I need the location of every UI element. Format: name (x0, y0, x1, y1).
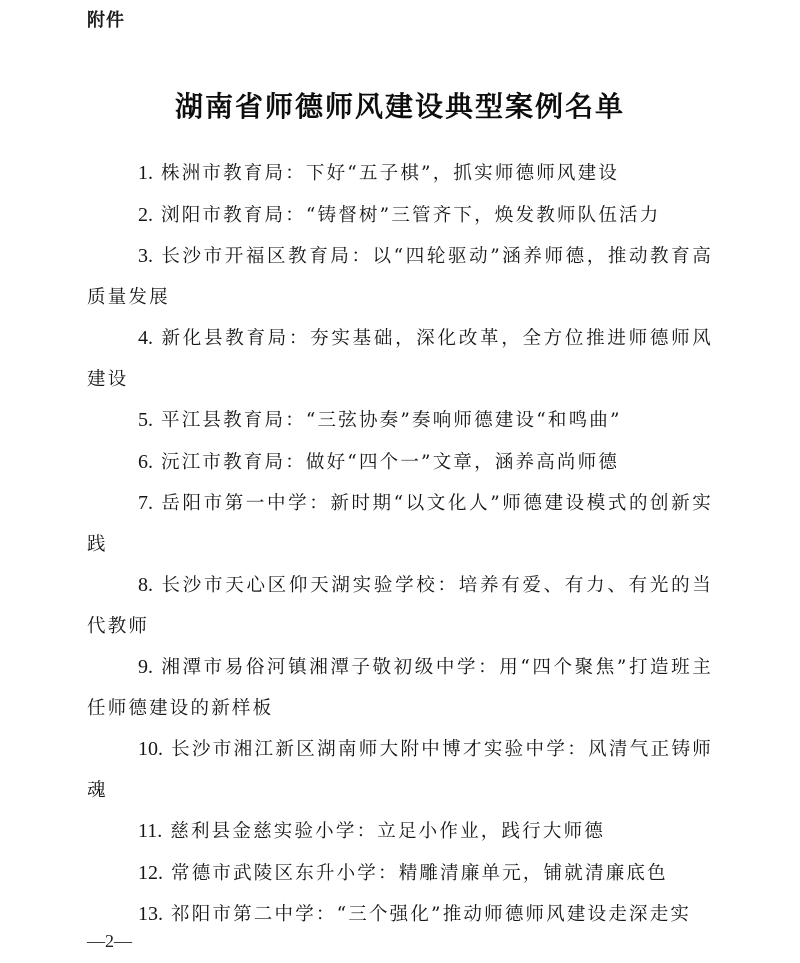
case-text: 新化县教育局：夯实基础，深化改革，全方位推进师德师风建设 (87, 328, 713, 390)
case-text: 沅江市教育局：做好“四个一”文章，涵养高尚师德 (161, 452, 619, 473)
case-text: 长沙市天心区仰天湖实验学校：培养有爱、有力、有光的当代教师 (87, 575, 713, 637)
case-text: 平江县教育局：“三弦协奏”奏响师德建设“和鸣曲” (161, 410, 622, 431)
case-item-4: 4.新化县教育局：夯实基础，深化改革，全方位推进师德师风建设 (87, 318, 713, 400)
case-number: 2. (138, 204, 153, 226)
case-text: 慈利县金慈实验小学：立足小作业，践行大师德 (170, 821, 605, 842)
case-item-8: 8.长沙市天心区仰天湖实验学校：培养有爱、有力、有光的当代教师 (87, 565, 713, 647)
case-text: 浏阳市教育局：“铸督树”三管齐下，焕发教师队伍活力 (161, 205, 660, 226)
case-number: 3. (138, 245, 153, 267)
case-number: 6. (138, 451, 153, 473)
case-number: 11. (138, 820, 162, 842)
case-item-7: 7.岳阳市第一中学：新时期“以文化人”师德建设模式的创新实践 (87, 483, 713, 565)
case-item-12: 12.常德市武陵区东升小学：精雕清廉单元，铺就清廉底色 (87, 853, 713, 895)
case-number: 4. (138, 327, 153, 349)
case-text: 祁阳市第二中学：“三个强化”推动师德师风建设走深走实 (171, 904, 691, 925)
page-number: —2— (87, 931, 132, 952)
case-text: 长沙市开福区教育局：以“四轮驱动”涵养师德，推动教育高质量发展 (87, 246, 713, 308)
case-item-1: 1.株洲市教育局：下好“五子棋”，抓实师德师风建设 (87, 153, 713, 195)
case-text: 岳阳市第一中学：新时期“以文化人”师德建设模式的创新实践 (87, 493, 713, 555)
case-item-6: 6.沅江市教育局：做好“四个一”文章，涵养高尚师德 (87, 442, 713, 484)
page-title: 湖南省师德师风建设典型案例名单 (0, 85, 800, 125)
case-number: 13. (138, 903, 163, 925)
attachment-label: 附件 (87, 6, 125, 32)
case-item-5: 5.平江县教育局：“三弦协奏”奏响师德建设“和鸣曲” (87, 400, 713, 442)
case-item-3: 3.长沙市开福区教育局：以“四轮驱动”涵养师德，推动教育高质量发展 (87, 236, 713, 318)
case-text: 长沙市湘江新区湖南师大附中博才实验中学：风清气正铸师魂 (87, 739, 713, 801)
case-number: 12. (138, 862, 163, 884)
case-number: 9. (138, 656, 153, 678)
case-number: 5. (138, 409, 153, 431)
case-item-10: 10.长沙市湘江新区湖南师大附中博才实验中学：风清气正铸师魂 (87, 729, 713, 811)
case-number: 8. (138, 574, 153, 596)
case-item-13: 13.祁阳市第二中学：“三个强化”推动师德师风建设走深走实 (87, 894, 713, 936)
case-text: 湘潭市易俗河镇湘潭子敬初级中学：用“四个聚焦”打造班主任师德建设的新样板 (87, 657, 713, 719)
case-item-11: 11.慈利县金慈实验小学：立足小作业，践行大师德 (87, 811, 713, 853)
case-item-9: 9.湘潭市易俗河镇湘潭子敬初级中学：用“四个聚焦”打造班主任师德建设的新样板 (87, 647, 713, 729)
case-number: 10. (138, 738, 163, 760)
case-list: 1.株洲市教育局：下好“五子棋”，抓实师德师风建设 2.浏阳市教育局：“铸督树”… (87, 153, 713, 936)
case-item-2: 2.浏阳市教育局：“铸督树”三管齐下，焕发教师队伍活力 (87, 195, 713, 237)
case-number: 1. (138, 162, 153, 184)
case-number: 7. (138, 492, 153, 514)
case-text: 株洲市教育局：下好“五子棋”，抓实师德师风建设 (161, 163, 619, 184)
case-text: 常德市武陵区东升小学：精雕清廉单元，铺就清廉底色 (171, 863, 668, 884)
